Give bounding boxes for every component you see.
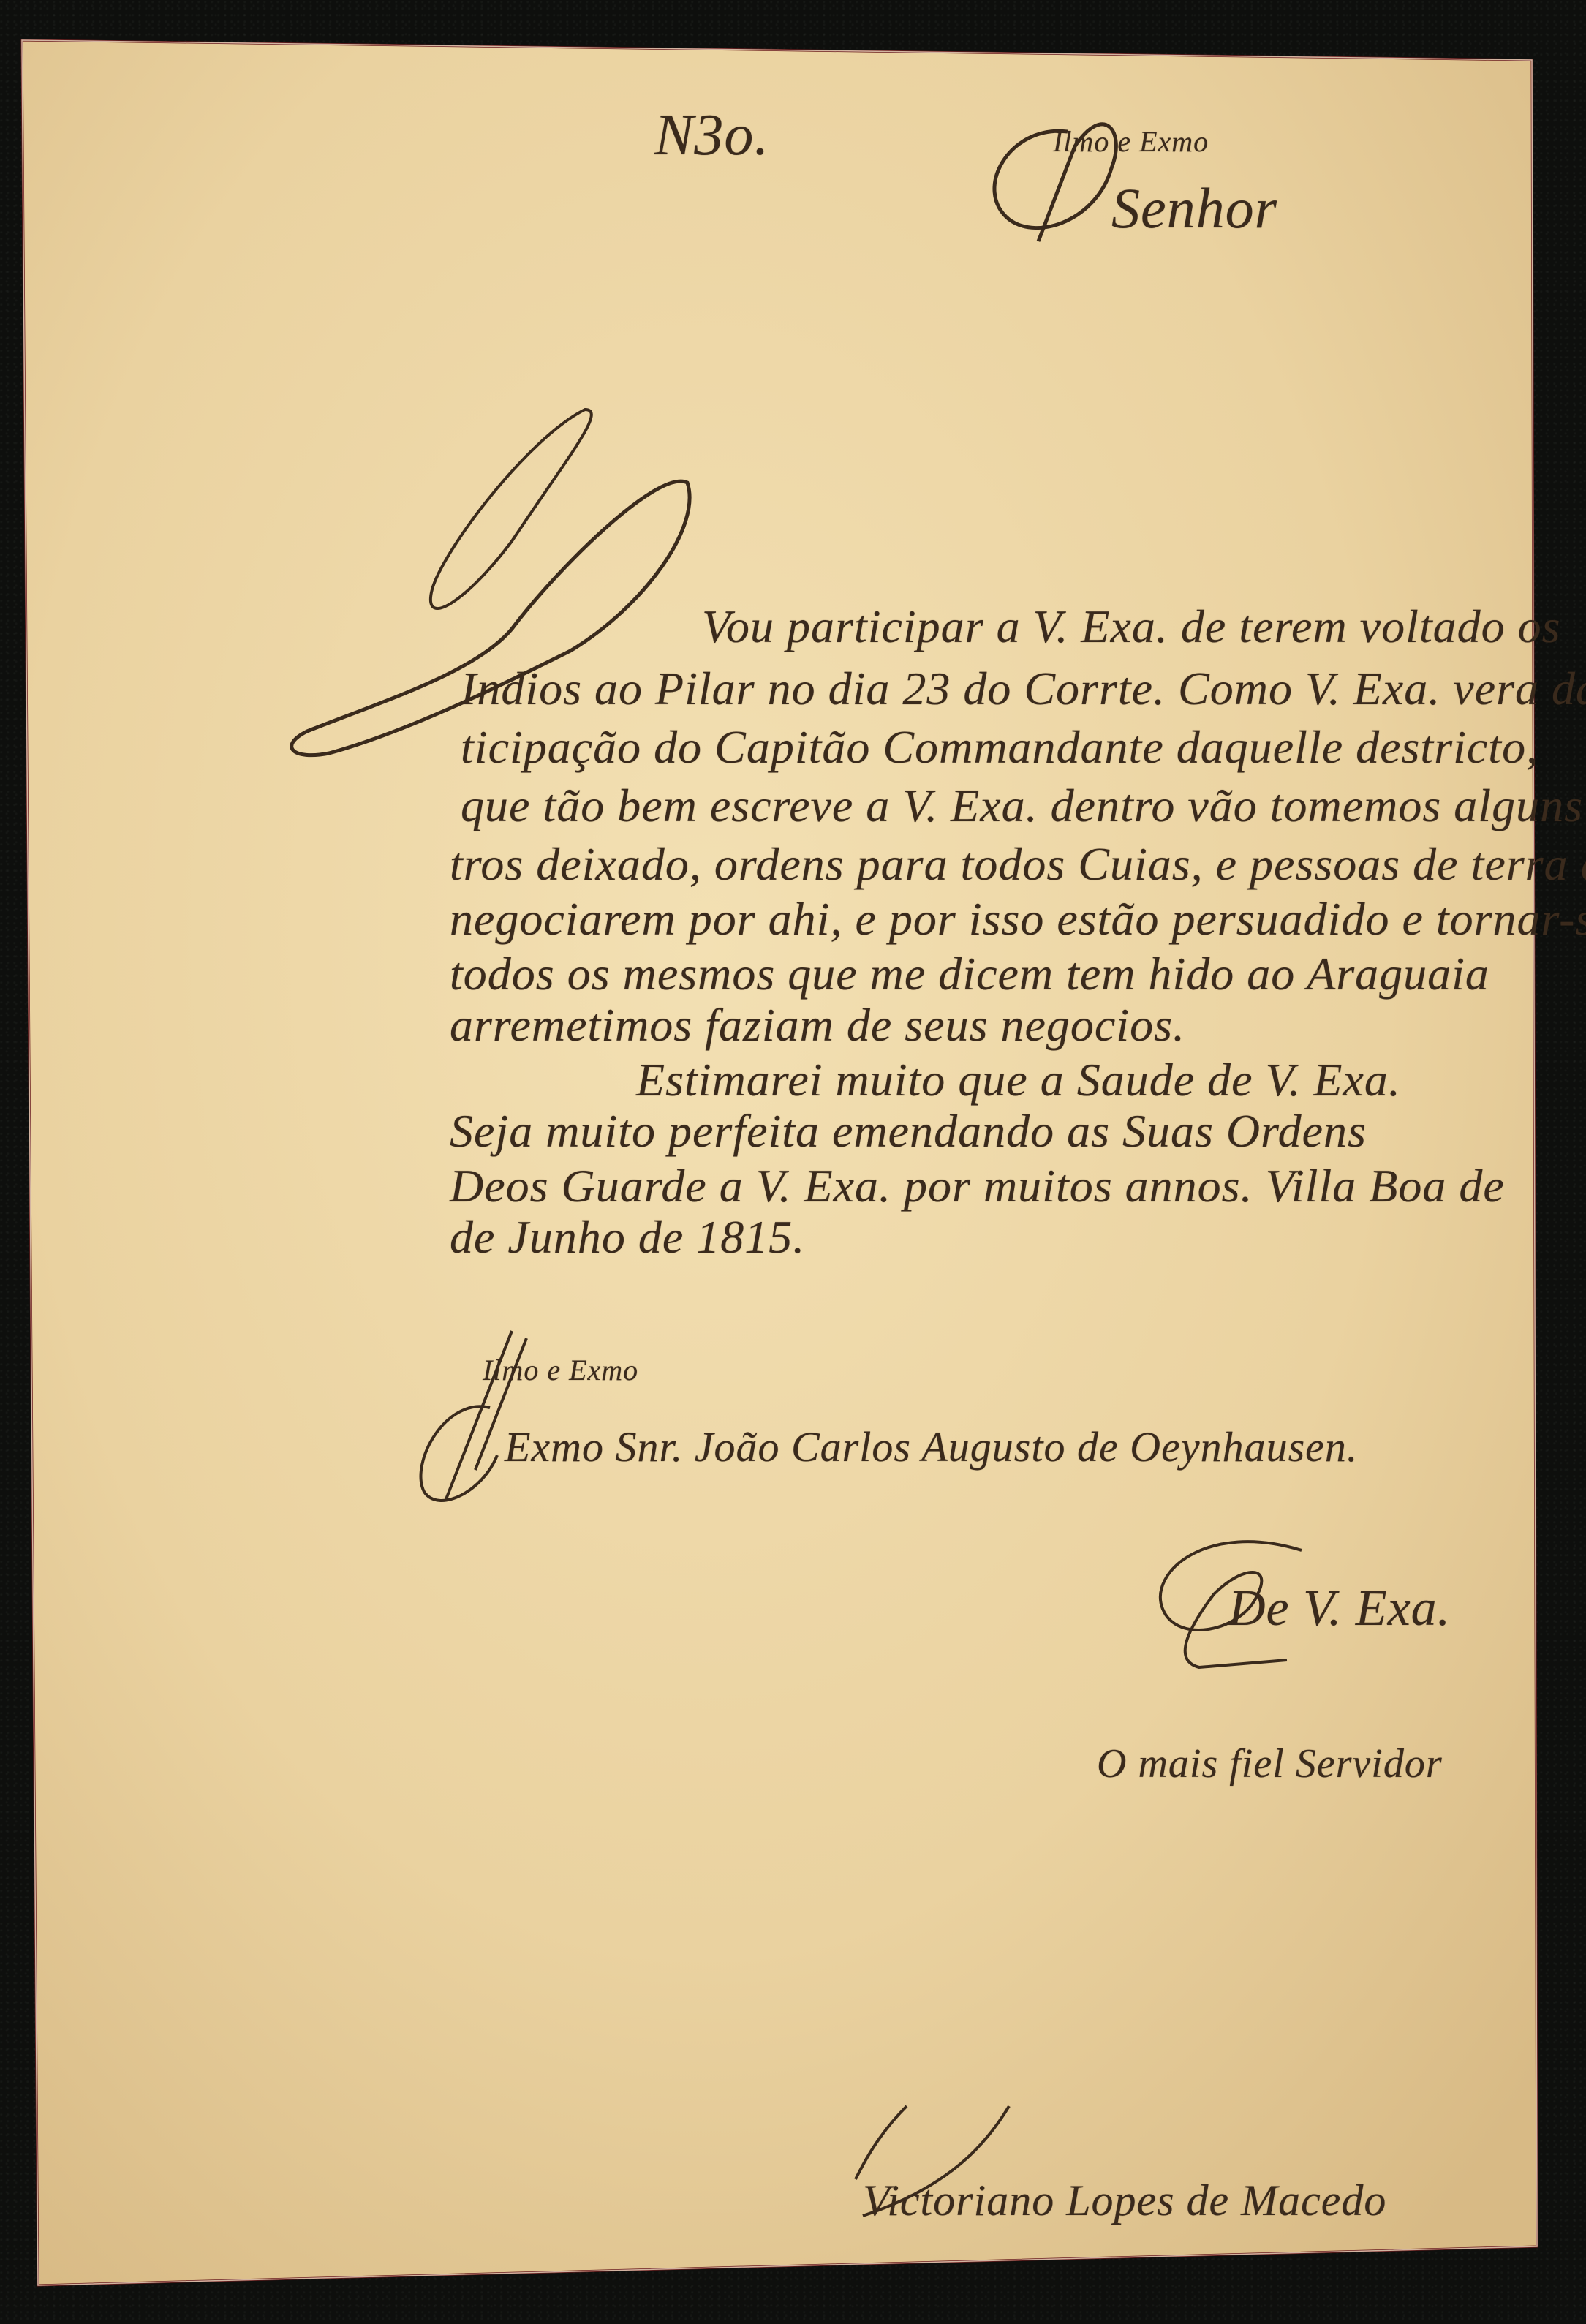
- closing-line: Deos Guarde a V. Exa. por muitos annos. …: [450, 1159, 1505, 1213]
- body-line: arremetimos faziam de seus negocios.: [450, 998, 1185, 1052]
- closing-line: Estimarei muito que a Saude de V. Exa.: [636, 1053, 1401, 1107]
- valediction-servant: O mais fiel Servidor: [1097, 1740, 1443, 1787]
- closing-line: Seja muito perfeita emendando as Suas Or…: [450, 1104, 1367, 1158]
- body-line: que tão bem escreve a V. Exa. dentro vão…: [461, 779, 1586, 833]
- body-line: ticipação do Capitão Commandante daquell…: [461, 720, 1538, 774]
- body-line: tros deixado, ordens para todos Cuias, e…: [450, 837, 1586, 891]
- salutation-main: Senhor: [1111, 176, 1277, 241]
- addressee-superscript: Ilmo e Exmo: [483, 1353, 638, 1387]
- valediction-de: De V. Exa.: [1228, 1580, 1451, 1638]
- salutation-superscript: Ilmo e Exmo: [1053, 124, 1209, 159]
- document-page: N3o. Ilmo e Exmo Senhor Vou participar a…: [0, 0, 1586, 2324]
- body-line: todos os mesmos que me dicem tem hido ao…: [450, 947, 1489, 1001]
- body-line: Indios ao Pilar no dia 23 do Corrte. Com…: [461, 662, 1586, 716]
- closing-line: de Junho de 1815.: [450, 1210, 805, 1264]
- body-line: Vou participar a V. Exa. de terem voltad…: [702, 600, 1561, 654]
- signature: Victoriano Lopes de Macedo: [863, 2176, 1386, 2226]
- addressee-name: Exmo Snr. João Carlos Augusto de Oeynhau…: [505, 1422, 1358, 1471]
- document-number: N3o.: [654, 102, 769, 169]
- body-line: negociarem por ahi, e por isso estão per…: [450, 892, 1586, 946]
